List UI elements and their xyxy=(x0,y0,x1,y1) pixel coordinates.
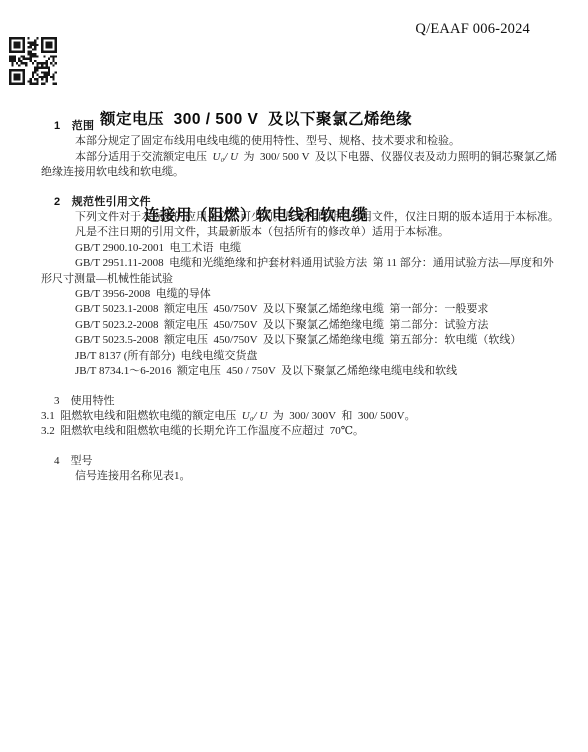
section-1-heading: 1 范围 xyxy=(41,119,561,134)
paragraph-text: 为 300/ 500 V 及以下电器、仪器仪表及动力照明的铜芯聚氯乙烯 xyxy=(238,151,557,163)
reference-item: GB/T 3956-2008 电缆的导体 xyxy=(41,287,561,302)
reference-item: GB/T 2951.11-2008 电缆和光缆绝缘和护套材料通用试验方法 第 1… xyxy=(41,256,561,271)
section-2-paragraph-1: 下列文件对于本标准的应用是必不可少的。凡是注日期的引用文件，仅注日期的版本适用于… xyxy=(41,210,561,225)
reference-item: JB/T 8734.1～6-2016 额定电压 450 / 750V 及以下聚氯… xyxy=(41,364,561,379)
standard-number: Q/EAAF 006-2024 xyxy=(415,20,530,38)
paragraph-text: 本部分适用于交流额定电压 xyxy=(75,151,213,163)
document-page: Q/EAAF 006-2024 额定电压 300 / 500 V 及以下聚氯乙烯… xyxy=(0,0,588,752)
section-1-paragraph-2: 本部分适用于交流额定电压 U₀/ U 为 300/ 500 V 及以下电器、仪器… xyxy=(41,150,561,165)
voltage-symbol: U₀/ U xyxy=(213,151,239,163)
section-4-heading: 4 型号 xyxy=(41,454,561,469)
section-3-clause-2: 3.2 阻燃软电线和阻燃软电缆的长期允许工作温度不应超过 70℃。 xyxy=(41,424,561,439)
reference-item-continuation: 形尺寸测量—机械性能试验 xyxy=(41,272,561,287)
section-2-heading: 2 规范性引用文件 xyxy=(41,195,561,210)
section-3-heading: 3 使用特性 xyxy=(41,394,561,409)
reference-item: GB/T 2900.10-2001 电工术语 电缆 xyxy=(41,241,561,256)
reference-item: GB/T 5023.2-2008 额定电压 450/750V 及以下聚氯乙烯绝缘… xyxy=(41,318,561,333)
section-1-paragraph-1: 本部分规定了固定布线用电线电缆的使用特性、型号、规格、技术要求和检验。 xyxy=(41,134,561,149)
reference-item: GB/T 5023.1-2008 额定电压 450/750V 及以下聚氯乙烯绝缘… xyxy=(41,302,561,317)
reference-item: JB/T 8137 (所有部分) 电线电缆交货盘 xyxy=(41,349,561,364)
reference-item: GB/T 5023.5-2008 额定电压 450/750V 及以下聚氯乙烯绝缘… xyxy=(41,333,561,348)
paragraph-text: 为 300/ 300V 和 300/ 500V。 xyxy=(267,410,415,422)
section-3-clause-1: 3.1 阻燃软电线和阻燃软电缆的额定电压 U₀/ U 为 300/ 300V 和… xyxy=(41,409,561,424)
section-2-paragraph-2: 凡是不注日期的引用文件，其最新版本（包括所有的修改单）适用于本标准。 xyxy=(41,225,561,240)
document-body: 1 范围 本部分规定了固定布线用电线电缆的使用特性、型号、规格、技术要求和检验。… xyxy=(41,119,561,485)
section-1-paragraph-2-continuation: 绝缘连接用软电线和软电缆。 xyxy=(41,165,561,180)
voltage-symbol: U₀/ U xyxy=(242,410,268,422)
section-4-paragraph-1: 信号连接用名称见表1。 xyxy=(41,469,561,484)
paragraph-text: 3.1 阻燃软电线和阻燃软电缆的额定电压 xyxy=(41,410,242,422)
